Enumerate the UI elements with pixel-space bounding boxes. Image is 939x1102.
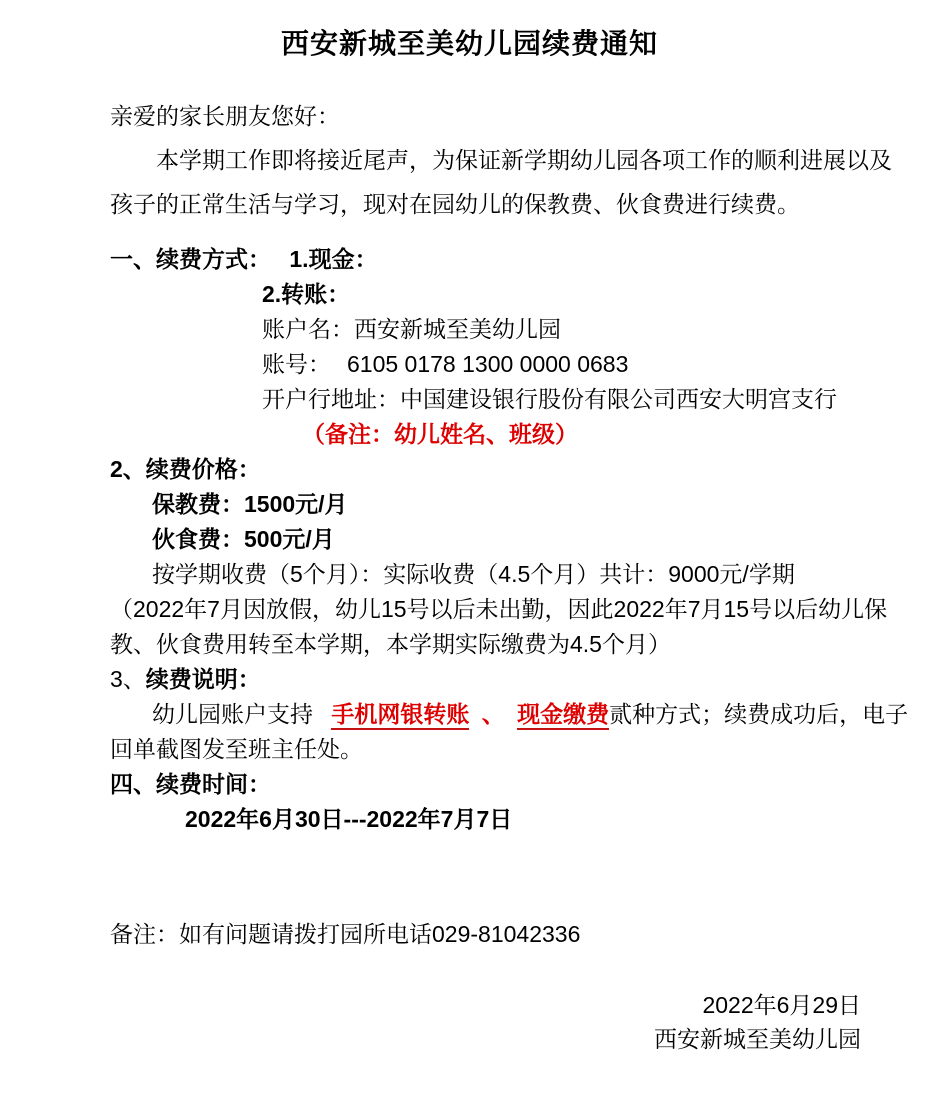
notice-body: 一、续费方式： 1.现金： 2.转账： 账户名：西安新城至美幼儿园 账号：610…	[0, 242, 939, 837]
time-heading-line: 四、续费时间：	[110, 767, 883, 802]
explanation-suffix: 贰种方式；续费成功后，电子	[609, 701, 908, 727]
explanation-heading-line: 3、续费说明：	[110, 662, 883, 697]
price-note-line-1: （2022年7月因放假，幼儿15号以后未出勤，因此2022年7月15号以后幼儿保	[110, 592, 883, 627]
time-period-line: 2022年6月30日---2022年7月7日	[110, 802, 883, 837]
account-name-label: 账户名：	[262, 316, 354, 342]
transfer-item-line: 2.转账：	[110, 277, 883, 312]
payment-method-mobile-banking: 手机网银转账	[331, 701, 469, 730]
meal-value: 500元/月	[244, 526, 335, 552]
bank-line: 开户行地址：中国建设银行股份有限公司西安大明宫支行	[110, 382, 883, 417]
explanation-heading: 续费说明：	[146, 666, 261, 692]
transfer-item: 2.转账：	[262, 281, 350, 307]
payment-method-heading-line: 一、续费方式： 1.现金：	[110, 242, 883, 277]
document-title: 西安新城至美幼儿园续费通知	[0, 0, 939, 64]
explanation-line-1: 幼儿园账户支持 手机网银转账 、 现金缴费贰种方式；续费成功后，电子	[110, 697, 883, 732]
signoff-name: 西安新城至美幼儿园	[0, 1022, 861, 1056]
time-heading: 四、续费时间：	[110, 771, 271, 797]
account-number-label: 账号：	[262, 351, 331, 377]
bank-value: 中国建设银行股份有限公司西安大明宫支行	[400, 386, 837, 412]
time-period: 2022年6月30日---2022年7月7日	[185, 806, 512, 832]
explanation-number: 3、	[110, 666, 146, 692]
notice-document: 西安新城至美幼儿园续费通知 亲爱的家长朋友您好： 本学期工作即将接近尾声，为保证…	[0, 0, 939, 1102]
intro-line-2: 孩子的正常生活与学习，现对在园幼儿的保教费、伙食费进行续费。	[110, 182, 861, 226]
signoff-block: 2022年6月29日 西安新城至美幼儿园	[0, 988, 939, 1056]
method-separator: 、	[482, 701, 505, 727]
explanation-line-2: 回单截图发至班主任处。	[110, 732, 883, 767]
bank-label: 开户行地址：	[262, 386, 400, 412]
meal-label: 伙食费：	[152, 526, 244, 552]
account-name-value: 西安新城至美幼儿园	[354, 316, 561, 342]
tuition-value: 1500元/月	[244, 491, 348, 517]
signoff-date: 2022年6月29日	[0, 988, 861, 1022]
payment-method-heading: 一、续费方式：	[110, 246, 271, 272]
tuition-label: 保教费：	[152, 491, 244, 517]
account-name-line: 账户名：西安新城至美幼儿园	[110, 312, 883, 347]
price-note-line-2: 教、伙食费用转至本学期，本学期实际缴费为4.5个月）	[110, 627, 883, 662]
transfer-remark: （备注：幼儿姓名、班级）	[302, 421, 578, 447]
payment-method-cash: 现金缴费	[517, 701, 609, 730]
intro-line-1: 本学期工作即将接近尾声，为保证新学期幼儿园各项工作的顺利进展以及	[110, 138, 861, 182]
greeting-line: 亲爱的家长朋友您好：	[110, 94, 861, 138]
account-number-value: 6105 0178 1300 0000 0683	[347, 351, 628, 377]
cash-item: 1.现金：	[289, 246, 377, 272]
remark-line: （备注：幼儿姓名、班级）	[110, 417, 883, 452]
price-heading: 2、续费价格：	[110, 456, 261, 482]
explanation-prefix: 幼儿园账户支持	[152, 701, 313, 727]
meal-line: 伙食费：500元/月	[110, 522, 883, 557]
phone-note-line: 备注：如有问题请拨打园所电话029-81042336	[0, 917, 939, 952]
semester-total-line: 按学期收费（5个月）：实际收费（4.5个月）共计：9000元/学期	[110, 557, 883, 592]
opening-block: 亲爱的家长朋友您好： 本学期工作即将接近尾声，为保证新学期幼儿园各项工作的顺利进…	[0, 94, 939, 226]
account-number-line: 账号：6105 0178 1300 0000 0683	[110, 347, 883, 382]
price-heading-line: 2、续费价格：	[110, 452, 883, 487]
tuition-line: 保教费：1500元/月	[110, 487, 883, 522]
